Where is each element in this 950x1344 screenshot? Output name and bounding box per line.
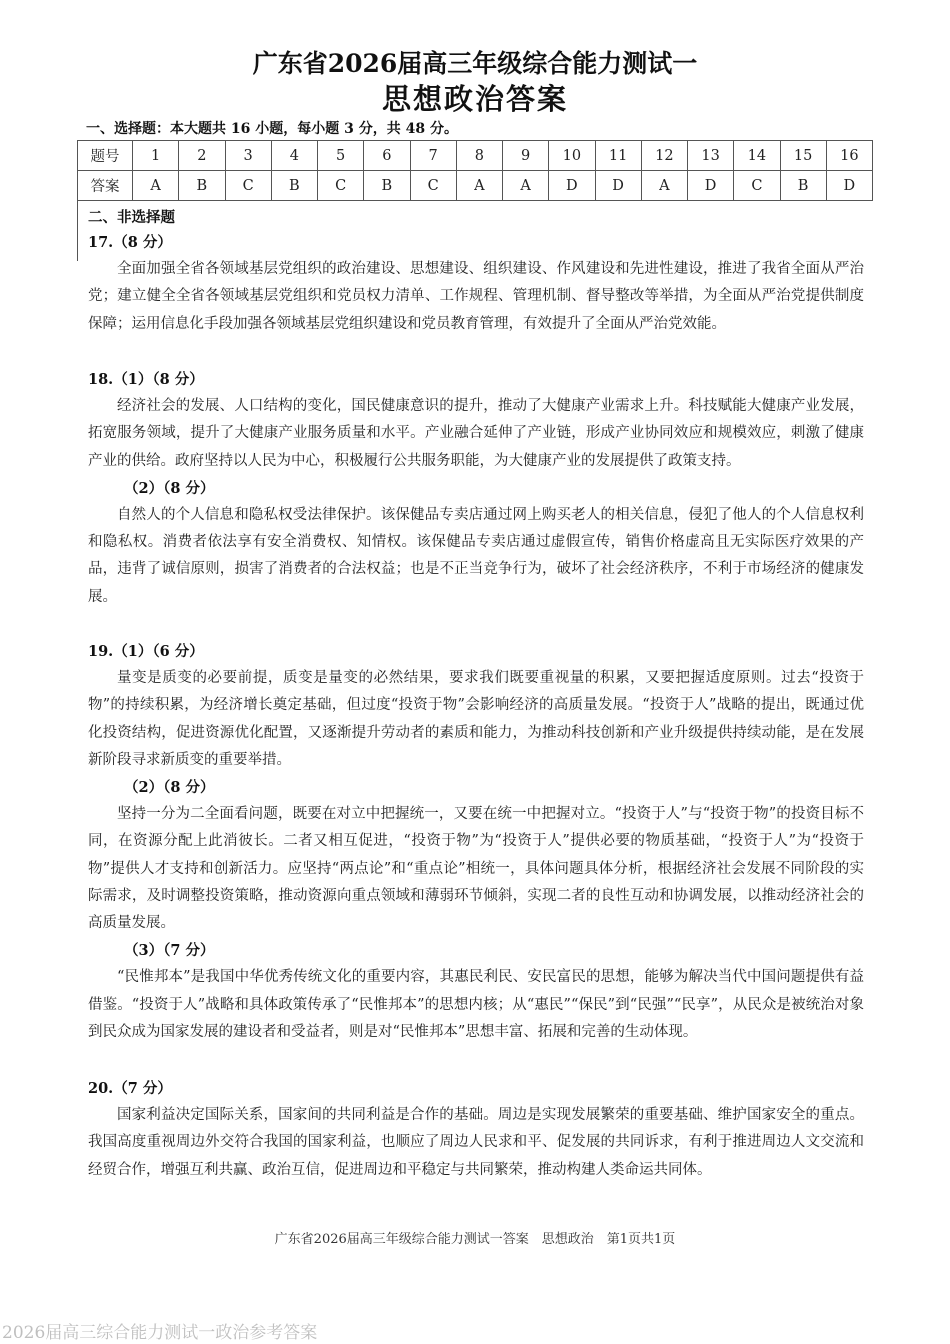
question-number: 12: [641, 141, 687, 171]
answer-cell: B: [780, 171, 826, 201]
question-number: 8: [456, 141, 502, 171]
answer-cell: A: [456, 171, 502, 201]
question-number: 11: [595, 141, 641, 171]
question-number: 9: [503, 141, 549, 171]
question-number-row: 题号 1 2 3 4 5 6 7 8 9 10 11 12 13 14 15 1…: [78, 141, 873, 171]
answer-cell: D: [688, 171, 734, 201]
question-number: 2: [179, 141, 225, 171]
watermark-caption: 2026届高三综合能力测试一政治参考答案: [2, 1318, 317, 1343]
page-footer: 广东省2026届高三年级综合能力测试一答案 思想政治 第1页共1页: [0, 1228, 950, 1247]
answer-cell: B: [271, 171, 317, 201]
question-18-part1-label: 18.（1）（8 分）: [88, 366, 864, 393]
question-18-part2-answer: 自然人的个人信息和隐私权受法律保护。该保健品专卖店通过网上购买老人的相关信息，侵…: [88, 502, 864, 611]
question-18-part1-answer: 经济社会的发展、人口结构的变化，国民健康意识的提升，推动了大健康产业需求上升。科…: [88, 393, 864, 475]
question-19-part1-answer: 量变是质变的必要前提，质变是量变的必然结果，要求我们既要重视量的积累，又要把握适…: [88, 665, 864, 774]
document-subtitle: 思想政治答案: [0, 77, 950, 118]
answer-table: 题号 1 2 3 4 5 6 7 8 9 10 11 12 13 14 15 1…: [77, 140, 873, 201]
question-number: 7: [410, 141, 456, 171]
question-18-part2-label: （2）（8 分）: [88, 475, 864, 502]
question-number: 13: [688, 141, 734, 171]
question-20-answer: 国家利益决定国际关系，国家间的共同利益是合作的基础。周边是实现发展繁荣的重要基础…: [88, 1102, 864, 1184]
answer-cell: D: [549, 171, 595, 201]
question-19-part3-answer: “民惟邦本”是我国中华优秀传统文化的重要内容，其惠民利民、安民富民的思想，能够为…: [88, 964, 864, 1046]
question-number: 4: [271, 141, 317, 171]
question-17: 17.（8 分） 全面加强全省各领域基层党组织的政治建设、思想建设、组织建设、作…: [88, 229, 864, 338]
question-20-label: 20.（7 分）: [88, 1075, 864, 1102]
answer-cell: B: [179, 171, 225, 201]
row-label-answer: 答案: [78, 171, 133, 201]
answer-row: 答案 A B C B C B C A A D D A D C B D: [78, 171, 873, 201]
answer-cell: B: [364, 171, 410, 201]
answer-cell: A: [641, 171, 687, 201]
question-19-part3-label: （3）（7 分）: [88, 937, 864, 964]
answer-cell: C: [734, 171, 780, 201]
row-label-question-number: 题号: [78, 141, 133, 171]
question-18: 18.（1）（8 分） 经济社会的发展、人口结构的变化，国民健康意识的提升，推动…: [88, 366, 864, 611]
question-number: 6: [364, 141, 410, 171]
question-number: 5: [318, 141, 364, 171]
document-title: 广东省2026届高三年级综合能力测试一: [0, 44, 950, 80]
answer-cell: D: [826, 171, 872, 201]
answer-cell: C: [410, 171, 456, 201]
answer-cell: D: [595, 171, 641, 201]
answer-cell: A: [503, 171, 549, 201]
question-19-part1-label: 19.（1）（6 分）: [88, 638, 864, 665]
answer-cell: C: [318, 171, 364, 201]
question-number: 14: [734, 141, 780, 171]
answer-cell: A: [133, 171, 179, 201]
question-17-answer: 全面加强全省各领域基层党组织的政治建设、思想建设、组织建设、作风建设和先进性建设…: [88, 256, 864, 338]
question-19-part2-answer: 坚持一分为二全面看问题，既要在对立中把握统一，又要在统一中把握对立。“投资于人”…: [88, 801, 864, 937]
answer-cell: C: [225, 171, 271, 201]
question-number: 1: [133, 141, 179, 171]
question-number: 10: [549, 141, 595, 171]
section-multiple-choice-heading: 一、选择题：本大题共 16 小题，每小题 3 分，共 48 分。: [86, 118, 458, 138]
question-20: 20.（7 分） 国家利益决定国际关系，国家间的共同利益是合作的基础。周边是实现…: [88, 1075, 864, 1184]
question-19-part2-label: （2）（8 分）: [88, 774, 864, 801]
table-left-border-extension: [77, 201, 78, 261]
question-number: 16: [826, 141, 872, 171]
question-number: 15: [780, 141, 826, 171]
question-19: 19.（1）（6 分） 量变是质变的必要前提，质变是量变的必然结果，要求我们既要…: [88, 638, 864, 1046]
question-17-label: 17.（8 分）: [88, 229, 864, 256]
section-non-choice-heading: 二、非选择题: [88, 206, 175, 227]
question-number: 3: [225, 141, 271, 171]
